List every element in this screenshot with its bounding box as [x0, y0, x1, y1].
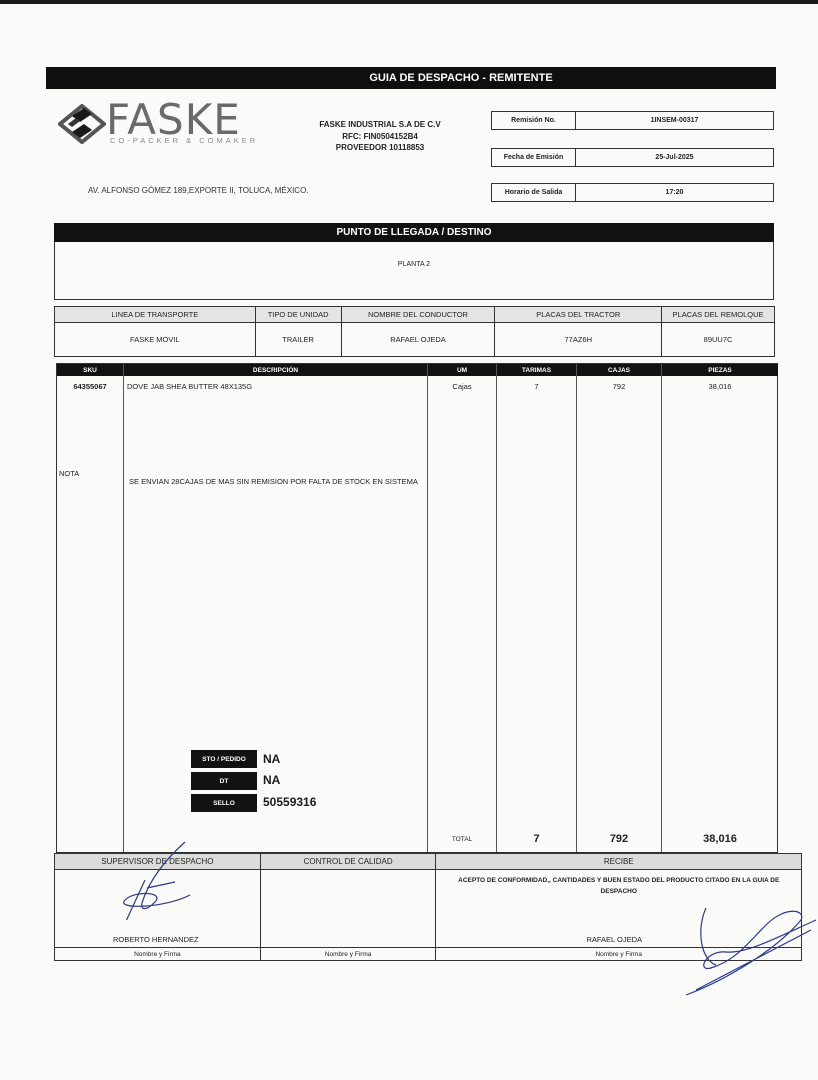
horario-box: Horario de Salida 17:20: [491, 183, 774, 202]
supervisor-footer: Nombre y Firma: [55, 948, 261, 961]
remision-value: 1INSEM-00317: [576, 112, 773, 129]
company-name: FASKE INDUSTRIAL S.A DE C.V: [300, 119, 460, 131]
faske-diamond-icon: [58, 104, 106, 144]
total-cajas: 792: [577, 833, 661, 845]
col-divider: [123, 364, 124, 852]
supervisor-signature-area: ROBERTO HERNANDEZ: [55, 870, 261, 948]
col-divider: [496, 364, 497, 852]
company-proveedor: PROVEEDOR 10118853: [300, 142, 460, 154]
transport-remolque-value: 89UU7C: [662, 323, 775, 357]
company-address: AV. ALFONSO GÓMEZ 189,EXPORTE II, TOLUCA…: [88, 186, 309, 195]
sello-label: SELLO: [191, 794, 257, 812]
calidad-header: CONTROL DE CALIDAD: [260, 854, 436, 870]
transport-tipo-value: TRAILER: [255, 323, 341, 357]
destination-value: PLANTA 2: [398, 261, 430, 299]
items-col-piezas: PIEZAS: [662, 364, 778, 376]
remision-label: Remisión No.: [492, 112, 576, 129]
items-col-tarimas: TARIMAS: [497, 364, 576, 376]
remision-box: Remisión No. 1INSEM-00317: [491, 111, 774, 130]
horario-label: Horario de Salida: [492, 184, 576, 201]
page-top-edge: [0, 0, 818, 4]
logo-tagline: CO-PACKER & COMAKER: [110, 136, 258, 145]
fecha-value: 25-Jul-2025: [576, 149, 773, 166]
items-col-um: UM: [428, 364, 496, 376]
company-rfc: RFC: FIN0504152B4: [300, 131, 460, 143]
items-col-descripcion: DESCRIPCIÓN: [124, 364, 427, 376]
total-label: TOTAL: [428, 836, 496, 843]
transport-tractor-value: 77AZ6H: [495, 323, 662, 357]
transport-conductor-value: RAFAEL OJEDA: [341, 323, 495, 357]
company-info: FASKE INDUSTRIAL S.A DE C.V RFC: FIN0504…: [300, 119, 460, 154]
horario-value: 17:20: [576, 184, 773, 201]
transport-col-conductor: NOMBRE DEL CONDUCTOR: [341, 307, 495, 323]
calidad-footer: Nombre y Firma: [260, 948, 436, 961]
destination-body: PLANTA 2: [54, 242, 774, 300]
item-um: Cajas: [428, 382, 496, 391]
col-divider: [576, 364, 577, 852]
signature-body-row: ROBERTO HERNANDEZ ACEPTO DE CONFORMIDAD,…: [55, 870, 802, 948]
item-sku: 64355067: [57, 382, 123, 391]
transport-linea-value: FASKE MOVIL: [55, 323, 256, 357]
transport-col-remolque: PLACAS DEL REMOLQUE: [662, 307, 775, 323]
items-col-sku: SKU: [57, 364, 123, 376]
col-divider: [427, 364, 428, 852]
nota-label: NOTA: [59, 469, 79, 478]
calidad-signature-area: [260, 870, 436, 948]
transport-value-row: FASKE MOVIL TRAILER RAFAEL OJEDA 77AZ6H …: [55, 323, 775, 357]
sto-value: NA: [263, 752, 280, 766]
total-piezas: 38,016: [662, 833, 778, 845]
supervisor-signature-icon: [95, 840, 215, 920]
fecha-label: Fecha de Emisión: [492, 149, 576, 166]
transport-table: LINEA DE TRANSPORTE TIPO DE UNIDAD NOMBR…: [54, 306, 775, 357]
transport-header-row: LINEA DE TRANSPORTE TIPO DE UNIDAD NOMBR…: [55, 307, 775, 323]
nota-text: SE ENVIAN 28CAJAS DE MAS SIN REMISION PO…: [129, 477, 418, 486]
item-piezas: 38,016: [662, 382, 778, 391]
col-divider: [661, 364, 662, 852]
item-tarimas: 7: [497, 382, 576, 391]
supervisor-name: ROBERTO HERNANDEZ: [113, 935, 199, 944]
transport-col-tractor: PLACAS DEL TRACTOR: [495, 307, 662, 323]
total-tarimas: 7: [497, 833, 576, 845]
document-title-bar: GUIA DE DESPACHO - REMITENTE: [46, 67, 776, 89]
document-title: GUIA DE DESPACHO - REMITENTE: [369, 72, 552, 84]
recibe-signature-icon: [666, 890, 816, 1000]
recibe-signature-area: ACEPTO DE CONFORMIDAD,, CANTIDADES Y BUE…: [436, 870, 802, 948]
transport-col-linea: LINEA DE TRANSPORTE: [55, 307, 256, 323]
items-table: SKU DESCRIPCIÓN UM TARIMAS CAJAS PIEZAS …: [56, 363, 778, 853]
sto-label: STO / PEDIDO: [191, 750, 257, 768]
items-col-cajas: CAJAS: [577, 364, 661, 376]
fecha-box: Fecha de Emisión 25-Jul-2025: [491, 148, 774, 167]
recibe-name: RAFAEL OJEDA: [586, 935, 642, 944]
item-descripcion: DOVE JAB SHEA BUTTER 48X135G: [127, 382, 252, 391]
transport-col-tipo: TIPO DE UNIDAD: [255, 307, 341, 323]
dt-value: NA: [263, 773, 280, 787]
dt-label: DT: [191, 772, 257, 790]
recibe-header: RECIBE: [436, 854, 802, 870]
item-cajas: 792: [577, 382, 661, 391]
signature-table: SUPERVISOR DE DESPACHO CONTROL DE CALIDA…: [54, 853, 802, 961]
destination-header: PUNTO DE LLEGADA / DESTINO: [54, 223, 774, 242]
sello-value: 50559316: [263, 795, 316, 809]
company-logo: FASKE CO-PACKER & COMAKER: [58, 102, 268, 152]
